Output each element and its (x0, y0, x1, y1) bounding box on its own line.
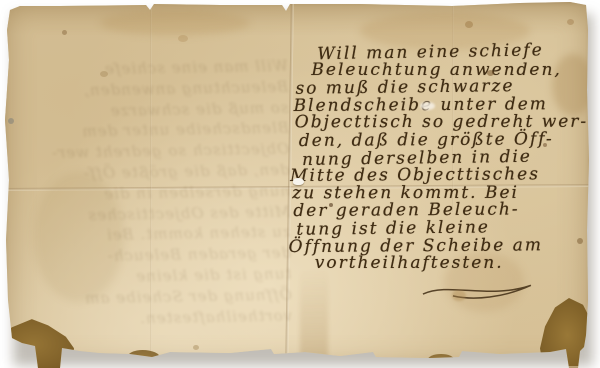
ink-showthrough: Will man eine schiefe Beleuchtung anwend… (12, 56, 293, 331)
age-blotch (100, 10, 250, 36)
letter-photograph: Will man eine schiefe Beleuchtung anwend… (0, 0, 600, 368)
letter-paper: Will man eine schiefe Beleuchtung anwend… (4, 2, 590, 368)
pen-flourish (419, 277, 539, 302)
fox-spot (567, 19, 574, 25)
handwriting-line: vortheilhaftesten. (315, 255, 589, 273)
fox-spot (62, 30, 67, 35)
paper-tear (293, 178, 304, 185)
paper-scuff (420, 102, 435, 110)
showthrough-line: vortheilhaftesten. (16, 305, 292, 331)
fox-spot (193, 345, 199, 350)
fox-spot (465, 21, 473, 28)
fox-spot (178, 35, 188, 42)
fold-smudge (300, 268, 328, 360)
handwritten-text: Will man eine schiefe Beleuchtung anwend… (287, 43, 589, 274)
